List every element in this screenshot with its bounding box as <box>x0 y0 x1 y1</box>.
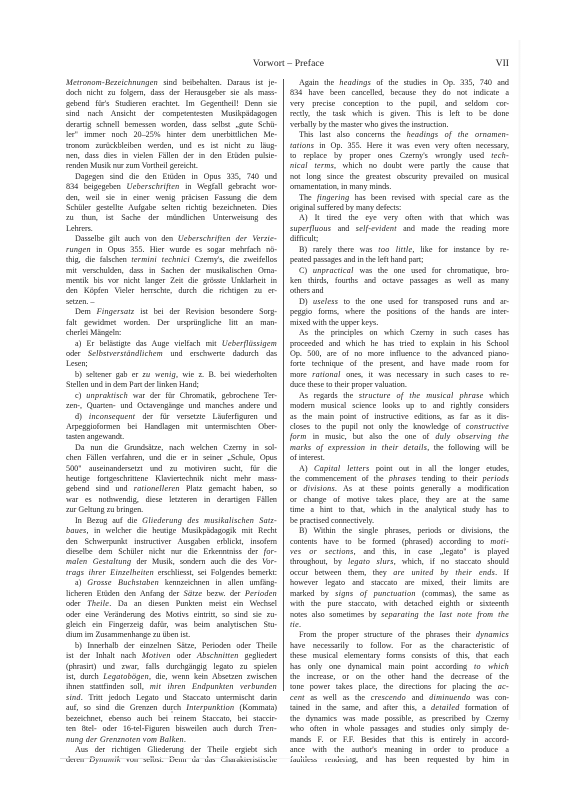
text-line: Lehrers. <box>66 224 277 234</box>
text-line: very precise conception to the pupil, an… <box>290 99 509 109</box>
text-line: zu thun, ist Sache der mündlichen Unterw… <box>66 213 277 223</box>
text-line: original suffered by many defects: <box>290 203 509 213</box>
text-line: peggio forms, where the positions of the… <box>290 307 509 317</box>
text-line: B) rarely there was too little, like for… <box>290 245 509 255</box>
text-line: b) seltener gab er zu wenig, wie z. B. b… <box>66 370 277 380</box>
text-line: these musical elementary forms consists … <box>290 651 509 661</box>
text-line: oder Theile. Da an diesen Punkten meist … <box>66 599 277 609</box>
text-line: cent as well as the crescendo and diminu… <box>290 693 509 703</box>
text-line: tained in the same, and after this, a de… <box>290 703 509 713</box>
text-line: mentik bis vor nicht langer Zeit die grö… <box>66 276 277 286</box>
text-line: of interest. <box>290 453 509 463</box>
text-line: falt gewidmet worden. Der ursprüngliche … <box>66 318 277 328</box>
text-line: the commencement of the phrases tending … <box>290 474 509 484</box>
text-line: den Köpfen Vieler herrschte, durch die r… <box>66 286 277 296</box>
text-line: faultless rendering, and has been reques… <box>290 755 509 765</box>
text-line: gebend sind und rationelleren Platz gema… <box>66 484 277 494</box>
text-line: rectly, the task which is given. This is… <box>290 109 509 119</box>
text-line: duce these to their proper valuation. <box>290 380 509 390</box>
text-line: form in music, but also the one of duly … <box>290 432 509 442</box>
text-line: marked by signs of punctuation (commas),… <box>290 589 509 599</box>
text-line: Dem Fingersatz ist bei der Revision beso… <box>66 307 277 317</box>
page-number: VII <box>496 58 509 69</box>
text-line: a) Grosse Buchstaben kennzeichnen in all… <box>66 578 277 588</box>
text-line: to replace by proper ones Czerny's wrong… <box>290 151 509 161</box>
running-header: Vorwort – Preface VII <box>68 58 509 72</box>
text-line: c) unpraktisch war der für Chromatik, ge… <box>66 391 277 401</box>
text-line: mit verschulden, dass in Sachen der musi… <box>66 266 277 276</box>
text-line: C) unpractical was the one used for chro… <box>290 266 509 276</box>
text-line: d) inconsequent der für versetzte Läufer… <box>66 412 277 422</box>
text-line: peated passages and in the left hand par… <box>290 255 509 265</box>
running-title: Vorwort – Preface <box>68 58 509 69</box>
text-line: B) Within the single phrases, periods or… <box>290 526 509 536</box>
scan-speck <box>171 711 173 713</box>
text-line: renden Musik nur zum Vortheil gereicht. <box>66 161 277 171</box>
text-line: doch nicht zu folgern, dass der Herausge… <box>66 88 277 98</box>
text-line: den, weil sie in einer wenig präcisen Fa… <box>66 193 277 203</box>
text-line: sind nach Ansicht der competentesten Mus… <box>66 109 277 119</box>
text-line: mixed with the upper keys. <box>290 318 509 328</box>
text-line: or change of motive takes place, they ar… <box>290 495 509 505</box>
text-line: gebend für's Studieren erachtet. Im Gege… <box>66 99 277 109</box>
text-line: difficult; <box>290 234 509 244</box>
text-line: ves or sections, and this, in case „lega… <box>290 547 509 557</box>
text-line: The fingering has been revised with spec… <box>290 193 509 203</box>
text-line: Stellen und in dem Part der linken Hand; <box>66 380 277 390</box>
text-line: This last also concerns the headings of … <box>290 130 509 140</box>
text-line: time a hint to that, which in the analyt… <box>290 505 509 515</box>
text-line: 500" auseinandersetzt und zu motiviren s… <box>66 464 277 474</box>
text-line: cherlei Mängeln: <box>66 328 277 338</box>
text-line: tations in Op. 355. Here it was even ver… <box>290 141 509 151</box>
text-line: or divisions. As at these points general… <box>290 484 509 494</box>
text-line: (phrasirt) und zwar, falls durchgängig l… <box>66 662 277 672</box>
text-line: ist, durch Legatobögen, die, wenn kein A… <box>66 672 277 682</box>
text-line: ken thirds, fourths and octave passages … <box>290 276 509 286</box>
text-line: notes also sometimes by separating the l… <box>290 610 509 620</box>
text-line: with the pure staccato, with detached ei… <box>290 599 509 609</box>
text-line: 834 have been cancelled, because they do… <box>290 88 509 98</box>
text-line: heutige fortgeschrittene Klaviertechnik … <box>66 474 277 484</box>
text-line: proceeded and which he has tried to expl… <box>290 339 509 349</box>
text-line: oder eine Veränderung des Motivs eintrit… <box>66 610 277 620</box>
text-line: ist der Inhalt nach Motiven oder Abschni… <box>66 651 277 661</box>
text-line: den Schwerpunkt instructiver Ausgaben er… <box>66 537 277 547</box>
text-line: the increase, or on the other hand the d… <box>290 672 509 682</box>
text-line: nical terms, which no doubt were partly … <box>290 161 509 171</box>
text-line: Metronom-Bezeichnungen sind beibehalten.… <box>66 78 277 88</box>
text-line: setzen. – <box>66 297 277 307</box>
text-line: tie. <box>290 620 509 630</box>
text-line: closes to the pupil not only the knowled… <box>290 422 509 432</box>
text-line: licheren Etüden den Anfang der Sätze bez… <box>66 589 277 599</box>
text-line: have necessarily to follow. For as the c… <box>290 641 509 651</box>
text-line: who often in whole passages and studies … <box>290 724 509 734</box>
text-line: war es nothwendig, diese letzteren in de… <box>66 495 277 505</box>
text-line: occur between them, they are united by t… <box>290 568 509 578</box>
text-line: ance with the author's meaning in order … <box>290 745 509 755</box>
text-line: the dynamics was made possible, as presc… <box>290 714 509 724</box>
text-line: verbally by the master who gives the ins… <box>290 120 509 130</box>
text-line: Op. 500, are of no more influence to the… <box>290 349 509 359</box>
text-line: malen Gestaltung der Musik, sondern auch… <box>66 557 277 567</box>
text-line: 834 beigegeben Ueberschriften in Wegfall… <box>66 182 277 192</box>
text-line: however legato and staccato are mixed, t… <box>290 578 509 588</box>
text-line: Da nun die Grundsätze, nach welchen Czer… <box>66 443 277 453</box>
text-line: b) Innerhalb der einzelnen Sätze, Period… <box>66 641 277 651</box>
text-line: zur Geltung zu bringen. <box>66 505 277 515</box>
text-line: tone power takes place, the directions f… <box>290 682 509 692</box>
text-line: others and <box>290 286 509 296</box>
text-line: In Bezug auf die Gliederung des musikali… <box>66 516 277 526</box>
text-line: sind. Tritt jedoch Legato und Staccato u… <box>66 693 277 703</box>
text-line: Dasselbe gilt auch von den Ueberschrifte… <box>66 234 277 244</box>
text-line: Aus der richtigen Gliederung der Theile … <box>66 745 277 755</box>
page-edge-shadow <box>518 40 521 720</box>
text-line: bezeichnet, ebenso auch bei reinem Stacc… <box>66 714 277 724</box>
text-line: dium im Zusammenhange zu üben ist. <box>66 630 277 640</box>
text-line: nung der Grenznoten vom Balken. <box>66 735 277 745</box>
text-line: Lesen; <box>66 359 277 369</box>
text-line: be practised connectively. <box>290 516 509 526</box>
text-line: marks of expression in their details, th… <box>290 443 509 453</box>
text-line: nen, dass dies in vielen Fällen der in d… <box>66 151 277 161</box>
text-line: trags ihrer Einzelheiten erschliesst, se… <box>66 568 277 578</box>
text-line: Again the headings of the studies in Op.… <box>290 78 509 88</box>
scan-artifact-line <box>60 758 350 759</box>
text-line: superfluous and self-evident and made th… <box>290 224 509 234</box>
text-line: tronom zurückbleiben werden, und es ist … <box>66 141 277 151</box>
text-line: D) useless to the one used for transpose… <box>290 297 509 307</box>
text-line: deren Dynamik von selbst. Denn da das Ch… <box>66 755 277 765</box>
text-line: more rational ones, it was necessary in … <box>290 370 509 380</box>
text-line: As regards the structure of the musical … <box>290 391 509 401</box>
text-line: Arpeggioformen bei Handlagen mit untermi… <box>66 422 277 432</box>
text-line: From the proper structure of the phrases… <box>290 630 509 640</box>
text-line: ler" immer noch 20–25% hinter dem unerbi… <box>66 130 277 140</box>
english-text-column: Again the headings of the studies in Op.… <box>290 78 509 766</box>
text-line: Dagegen sind die den Etüden in Opus 335,… <box>66 172 277 182</box>
text-line: chen Fällen verfahren, und die er in sei… <box>66 453 277 463</box>
text-line: not long since the greatest obscurity pr… <box>290 172 509 182</box>
text-line: tasten angewandt. <box>66 432 277 442</box>
text-line: zen-, Quarten- und Octavengänge und manc… <box>66 401 277 411</box>
text-line: a) Er belästigte das Auge vielfach mit U… <box>66 339 277 349</box>
text-line: derartig schnell bemessen worden, dass s… <box>66 120 277 130</box>
text-line: rungen in Opus 355. Hier wurde es sogar … <box>66 245 277 255</box>
text-line: dieselbe dem Schüler nicht nur die Erken… <box>66 547 277 557</box>
text-line: has only one dynamical main point accord… <box>290 662 509 672</box>
text-line: mands F. or F.F. Besides that this is en… <box>290 735 509 745</box>
text-line: modern musical science looks up to and r… <box>290 401 509 411</box>
text-line: A) It tired the eye very often with that… <box>290 213 509 223</box>
text-line: As the principles on which Czerny in suc… <box>290 328 509 338</box>
column-divider <box>283 79 284 691</box>
german-text-column: Metronom-Bezeichnungen sind beibehalten.… <box>66 78 277 766</box>
text-line: oder Selbstverständlichem und erschwerte… <box>66 349 277 359</box>
text-line: Schüler gestellte Aufgabe selten richtig… <box>66 203 277 213</box>
text-line: ihnen stattfinden soll, mit ihren Endpun… <box>66 682 277 692</box>
text-line: ten 8tel- oder 16-tel-Figuren bisweilen … <box>66 724 277 734</box>
text-line: gleich ein Fingerzeig dafür, was beim an… <box>66 620 277 630</box>
text-line: as the main point of instructive edition… <box>290 412 509 422</box>
text-line: ornamentation, in many minds. <box>290 182 509 192</box>
text-line: A) Capital letters point out in all the … <box>290 464 509 474</box>
text-line: throughout, by legato slurs, which, if n… <box>290 557 509 567</box>
text-line: contents have to be formed (phrased) acc… <box>290 537 509 547</box>
text-line: forte technique of the present, and have… <box>290 359 509 369</box>
text-line: baues, in welcher die heutige Musikpädag… <box>66 526 277 536</box>
text-line: thig, die falschen termini technici Czer… <box>66 255 277 265</box>
